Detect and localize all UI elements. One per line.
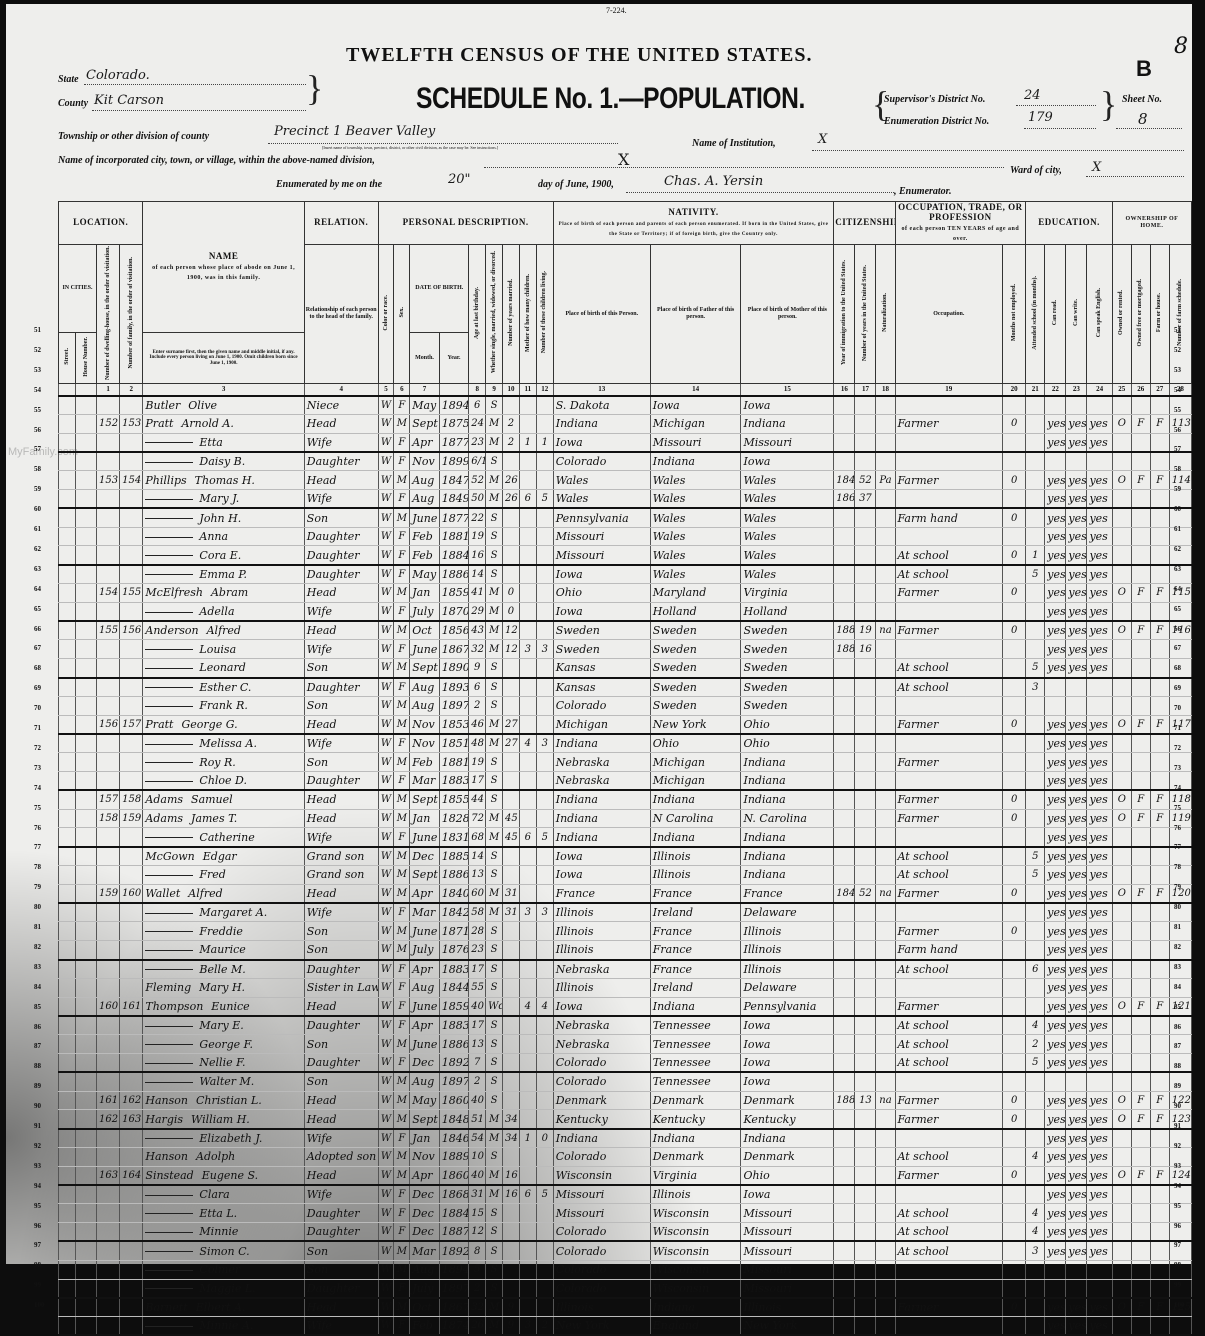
occupation: Farmer	[895, 1110, 1003, 1129]
farm-house	[1150, 602, 1169, 621]
line-number-left: 96	[34, 1222, 41, 1230]
marital-status: M	[486, 490, 503, 509]
color-race: W	[378, 508, 394, 527]
given-name: John H.	[199, 512, 241, 525]
birthplace-person: Colorado	[553, 1147, 650, 1166]
dwelling-number	[96, 696, 119, 715]
years-married: 12	[503, 640, 520, 659]
birthplace-person: Illinois	[553, 978, 650, 997]
sheet-number: 8	[1138, 110, 1148, 128]
mother-of-children	[519, 847, 536, 866]
age: 50	[469, 490, 486, 509]
school-months	[1026, 997, 1045, 1016]
supervisor-district: 24	[1024, 88, 1041, 103]
school-months: 5	[1026, 847, 1045, 866]
dwelling-number	[96, 941, 119, 960]
relation: Wife	[304, 1185, 378, 1204]
birthplace-person: Illinois	[553, 922, 650, 941]
owned-free	[1131, 847, 1150, 866]
years-in-us	[855, 753, 876, 772]
house-number-cell	[75, 490, 96, 509]
immigration-year	[834, 1129, 855, 1148]
line-number-left: 67	[34, 644, 41, 652]
occupation: At school	[895, 1241, 1003, 1260]
birth-year: 1848	[439, 1110, 469, 1129]
naturalization	[876, 790, 895, 809]
birthplace-person: Colorado	[553, 1241, 650, 1260]
line-number-left: 82	[34, 943, 41, 951]
school-months: 5	[1026, 866, 1045, 885]
street-cell	[59, 584, 76, 603]
immigration-year	[834, 1260, 855, 1279]
mother-of-children	[519, 715, 536, 734]
marital-status: M	[486, 1110, 503, 1129]
can-write: yes	[1066, 1035, 1087, 1054]
mother-of-children	[519, 753, 536, 772]
person-name: Roy R.	[143, 753, 304, 772]
months-unemployed	[1003, 1147, 1026, 1166]
can-write: yes	[1066, 471, 1087, 490]
ditto-dash	[145, 574, 193, 575]
age: 55	[469, 978, 486, 997]
owned-rented	[1112, 396, 1131, 415]
speaks-english: yes	[1087, 960, 1112, 979]
birth-year: 1893	[439, 678, 469, 697]
owned-rented	[1112, 452, 1131, 471]
family-number	[120, 1054, 143, 1073]
birth-year: 1884	[439, 1204, 469, 1223]
house-number-cell	[75, 1091, 96, 1110]
table-row: 162163HargisWilliam H.HeadWMSept184851M3…	[59, 1110, 1192, 1129]
birthplace-father: Tennessee	[650, 1016, 741, 1035]
given-name: Nellie F.	[199, 1056, 245, 1069]
family-number	[120, 1129, 143, 1148]
farm-house: F	[1150, 471, 1169, 490]
state-line	[84, 84, 306, 85]
birth-month: Nov	[410, 1147, 440, 1166]
table-row: ButlerOliveNieceWFMay18946SS. DakotaIowa…	[59, 396, 1192, 415]
header-citizenship: CITIZENSHIP.	[834, 202, 895, 245]
birth-month: Sept	[410, 659, 440, 678]
birth-month: Dec	[410, 847, 440, 866]
school-months	[1026, 1129, 1045, 1148]
person-name: McElfreshAbram	[143, 584, 304, 603]
farm-house	[1150, 1072, 1169, 1091]
birth-month: Mar	[410, 772, 440, 791]
house-number-cell	[75, 414, 96, 433]
line-number-left: 59	[34, 485, 41, 493]
birth-year: 1860	[439, 1166, 469, 1185]
enumerator-line	[626, 192, 894, 193]
can-write: yes	[1066, 602, 1087, 621]
children-living	[536, 621, 553, 640]
birth-year: 1867	[439, 640, 469, 659]
ditto-dash	[145, 499, 193, 500]
color-race: W	[378, 997, 394, 1016]
occupation: Farmer	[895, 584, 1003, 603]
farm-house	[1150, 847, 1169, 866]
owned-rented: O	[1112, 884, 1131, 903]
immigration-year	[834, 584, 855, 603]
birthplace-person: Sweden	[553, 640, 650, 659]
birth-month: Dec	[410, 1054, 440, 1073]
county-line	[92, 110, 306, 111]
column-number-row: 1234567891011121314151617181920212223242…	[59, 384, 1192, 396]
years-married	[503, 527, 520, 546]
table-row: Mary J.WifeWFAug184950M2665WalesWalesWal…	[59, 490, 1192, 509]
header-color: Color or race.	[378, 244, 394, 384]
table-row: 160161ThompsonEuniceHeadWFJune185940Wd44…	[59, 997, 1192, 1016]
header-owned-rented: Owned or rented.	[1112, 244, 1131, 384]
column-number: 25	[1112, 384, 1131, 396]
naturalization	[876, 1016, 895, 1035]
header-family: Number of family, in the order of visita…	[120, 244, 143, 384]
occupation: At school	[895, 1223, 1003, 1242]
birthplace-father: Wales	[650, 490, 741, 509]
line-number-right: 59	[1174, 485, 1181, 493]
months-unemployed	[1003, 828, 1026, 847]
birthplace-person: Indiana	[553, 809, 650, 828]
line-number-right: 54	[1174, 386, 1181, 394]
sex: M	[394, 414, 410, 433]
mother-of-children: 6	[519, 828, 536, 847]
marital-status: M	[486, 1185, 503, 1204]
column-number: 19	[895, 384, 1003, 396]
color-race: W	[378, 640, 394, 659]
color-race: W	[378, 884, 394, 903]
person-name: Elizabeth J.	[143, 1129, 304, 1148]
person-name: Nellie F.	[143, 1054, 304, 1073]
farm-house	[1150, 978, 1169, 997]
speaks-english: yes	[1087, 433, 1112, 452]
column-number: 24	[1087, 384, 1112, 396]
months-unemployed: 0	[1003, 584, 1026, 603]
months-unemployed: 0	[1003, 414, 1026, 433]
naturalization	[876, 809, 895, 828]
relation: Wife	[304, 828, 378, 847]
relation: Head	[304, 584, 378, 603]
person-name: Chloe D.	[143, 772, 304, 791]
birth-month: May	[410, 396, 440, 415]
speaks-english: yes	[1087, 1147, 1112, 1166]
years-in-us	[855, 584, 876, 603]
column-number	[59, 384, 76, 396]
naturalization	[876, 866, 895, 885]
children-living: 3	[536, 734, 553, 753]
relation: Son	[304, 941, 378, 960]
months-unemployed	[1003, 433, 1026, 452]
school-months	[1026, 1110, 1045, 1129]
birthplace-mother: Sweden	[741, 640, 834, 659]
children-living	[536, 1223, 553, 1242]
line-number-right: 82	[1174, 943, 1181, 951]
naturalization	[876, 1204, 895, 1223]
birthplace-father: Sweden	[650, 659, 741, 678]
farm-house: F	[1150, 715, 1169, 734]
line-number-right: 74	[1174, 784, 1181, 792]
birth-month: July	[410, 941, 440, 960]
line-number-left: 73	[34, 764, 41, 772]
naturalization: na	[876, 621, 895, 640]
table-row: Elizabeth J.WifeWFJan184654M3410IndianaI…	[59, 1129, 1192, 1148]
naturalization	[876, 1072, 895, 1091]
column-number: 20	[1003, 384, 1026, 396]
street-cell	[59, 809, 76, 828]
marital-status: S	[486, 1147, 503, 1166]
house-number-cell	[75, 715, 96, 734]
line-number-right: 51	[1174, 326, 1181, 334]
can-read: yes	[1045, 997, 1066, 1016]
line-number-right: 86	[1174, 1023, 1181, 1031]
years-in-us	[855, 922, 876, 941]
school-months	[1026, 1091, 1045, 1110]
birth-month: Feb	[410, 753, 440, 772]
sex: F	[394, 602, 410, 621]
children-living: 5	[536, 490, 553, 509]
owned-rented	[1112, 508, 1131, 527]
birthplace-father: Illinois	[650, 1185, 741, 1204]
owned-rented	[1112, 640, 1131, 659]
mother-of-children	[519, 1204, 536, 1223]
speaks-english: yes	[1087, 1129, 1112, 1148]
years-married: 45	[503, 828, 520, 847]
farm-house	[1150, 678, 1169, 697]
birthplace-person: Kansas	[553, 659, 650, 678]
relation: Niece	[304, 396, 378, 415]
person-name: AdamsSamuel	[143, 790, 304, 809]
years-in-us	[855, 602, 876, 621]
surname: Thompson	[145, 1000, 203, 1013]
birthplace-person: Indiana	[553, 414, 650, 433]
column-number: 17	[855, 384, 876, 396]
person-name: FlemingMary H.	[143, 978, 304, 997]
ditto-dash	[145, 1026, 193, 1027]
age: 41	[469, 584, 486, 603]
birthplace-person: Colorado	[553, 1223, 650, 1242]
farm-house	[1150, 903, 1169, 922]
house-number-cell	[75, 696, 96, 715]
ditto-dash	[145, 950, 193, 951]
owned-rented	[1112, 1260, 1131, 1279]
can-read: yes	[1045, 1016, 1066, 1035]
dwelling-number	[96, 640, 119, 659]
dwelling-number	[96, 1241, 119, 1260]
immigration-year	[834, 508, 855, 527]
can-read: yes	[1045, 884, 1066, 903]
birthplace-mother: Missouri	[741, 1260, 834, 1279]
months-unemployed	[1003, 1016, 1026, 1035]
birthplace-father: France	[650, 922, 741, 941]
school-months	[1026, 922, 1045, 941]
color-race: W	[378, 734, 394, 753]
relation: Head	[304, 809, 378, 828]
marital-status: S	[486, 866, 503, 885]
years-married: 34	[503, 1129, 520, 1148]
color-race: W	[378, 922, 394, 941]
can-write: yes	[1066, 978, 1087, 997]
header-date-of-birth: DATE OF BIRTH.	[410, 244, 469, 332]
birthplace-mother: Iowa	[741, 1185, 834, 1204]
line-number-right: 66	[1174, 625, 1181, 633]
color-race: W	[378, 621, 394, 640]
document-title: TWELFTH CENSUS OF THE UNITED STATES.	[346, 44, 813, 67]
dwelling-number	[96, 508, 119, 527]
can-write	[1066, 696, 1087, 715]
owned-free: F	[1131, 884, 1150, 903]
column-number: 1	[96, 384, 119, 396]
immigration-year	[834, 828, 855, 847]
township-note: [Insert name of township, town, precinct…	[322, 145, 498, 150]
years-in-us	[855, 997, 876, 1016]
house-number-cell	[75, 1166, 96, 1185]
naturalization: Pa	[876, 471, 895, 490]
column-number: 27	[1150, 384, 1169, 396]
immigration-year	[834, 1147, 855, 1166]
relation: Son	[304, 1241, 378, 1260]
marital-status: S	[486, 696, 503, 715]
sex: M	[394, 941, 410, 960]
birth-month: Jan	[410, 584, 440, 603]
owned-free	[1131, 1016, 1150, 1035]
birthplace-person: Indiana	[553, 1129, 650, 1148]
owned-free	[1131, 1147, 1150, 1166]
header-name-notes: Enter surname first, then the given name…	[143, 332, 304, 383]
naturalization	[876, 696, 895, 715]
months-unemployed	[1003, 1129, 1026, 1148]
school-months: 5	[1026, 659, 1045, 678]
line-number-right: 84	[1174, 983, 1181, 991]
months-unemployed	[1003, 1054, 1026, 1073]
line-number-left: 78	[34, 863, 41, 871]
birthplace-person: Colorado	[553, 696, 650, 715]
color-race: W	[378, 828, 394, 847]
dwelling-number: 153	[96, 471, 119, 490]
owned-free: F	[1131, 1166, 1150, 1185]
line-number-right: 96	[1174, 1222, 1181, 1230]
birthplace-mother: Delaware	[741, 903, 834, 922]
years-in-us	[855, 1147, 876, 1166]
birthplace-mother: Missouri	[741, 1223, 834, 1242]
brace: }	[306, 70, 323, 106]
owned-free	[1131, 678, 1150, 697]
can-write: yes	[1066, 1241, 1087, 1260]
age: 28	[469, 922, 486, 941]
given-name: Abram	[211, 586, 248, 599]
can-read: yes	[1045, 960, 1066, 979]
family-number	[120, 828, 143, 847]
given-name: Edgar	[203, 850, 237, 863]
brace-close: }	[1100, 86, 1117, 122]
occupation	[895, 452, 1003, 471]
line-number-left: 61	[34, 525, 41, 533]
sex: M	[394, 715, 410, 734]
birthplace-person: Colorado	[553, 1260, 650, 1279]
color-race: W	[378, 414, 394, 433]
years-in-us	[855, 903, 876, 922]
birthplace-mother: Indiana	[741, 414, 834, 433]
relation: Daughter	[304, 565, 378, 584]
age: 44	[469, 790, 486, 809]
birth-year: 1899	[439, 452, 469, 471]
column-number: 18	[876, 384, 895, 396]
immigration-year	[834, 1166, 855, 1185]
owned-rented	[1112, 1072, 1131, 1091]
age: 22	[469, 508, 486, 527]
ditto-dash	[145, 1063, 193, 1064]
marital-status: M	[486, 809, 503, 828]
months-unemployed	[1003, 960, 1026, 979]
years-in-us	[855, 1260, 876, 1279]
years-married: 31	[503, 903, 520, 922]
birth-year: 1889	[439, 1147, 469, 1166]
can-write: yes	[1066, 960, 1087, 979]
owned-rented	[1112, 847, 1131, 866]
owned-free	[1131, 1072, 1150, 1091]
given-name: Maggie L.	[199, 1282, 255, 1287]
naturalization	[876, 452, 895, 471]
farm-house	[1150, 1054, 1169, 1073]
mother-of-children	[519, 922, 536, 941]
birthplace-mother: Wales	[741, 546, 834, 565]
farm-house	[1150, 396, 1169, 415]
occupation	[895, 903, 1003, 922]
dwelling-number	[96, 1185, 119, 1204]
years-married	[503, 565, 520, 584]
line-number-left: 90	[34, 1102, 41, 1110]
table-row: CatherineWifeWFJune183168M4565IndianaInd…	[59, 828, 1192, 847]
naturalization	[876, 602, 895, 621]
speaks-english	[1087, 1260, 1112, 1279]
children-living	[536, 1110, 553, 1129]
can-read: yes	[1045, 1185, 1066, 1204]
birthplace-person: France	[553, 884, 650, 903]
birthplace-person: Iowa	[553, 602, 650, 621]
relation: Daughter	[304, 1016, 378, 1035]
can-read	[1045, 678, 1066, 697]
person-name: Minnie	[143, 1223, 304, 1242]
street-cell	[59, 903, 76, 922]
house-number-cell	[75, 678, 96, 697]
can-read: yes	[1045, 1166, 1066, 1185]
months-unemployed	[1003, 866, 1026, 885]
owned-rented	[1112, 1016, 1131, 1035]
table-row: AdellaWifeWFJuly187029M0IowaHollandHolla…	[59, 602, 1192, 621]
mother-of-children: 6	[519, 490, 536, 509]
relation: Wife	[304, 1129, 378, 1148]
sex: F	[394, 1223, 410, 1242]
relation: Grand son	[304, 847, 378, 866]
dwelling-number: 156	[96, 715, 119, 734]
marital-status: M	[486, 584, 503, 603]
dwelling-number	[96, 490, 119, 509]
months-unemployed	[1003, 1241, 1026, 1260]
occupation	[895, 1072, 1003, 1091]
header-birth-person: Place of birth of this Person.	[553, 244, 650, 384]
school-months	[1026, 602, 1045, 621]
owned-rented	[1112, 1223, 1131, 1242]
dwelling-number	[96, 772, 119, 791]
enumerated-label: Enumerated by me on the	[276, 179, 382, 190]
owned-rented: O	[1112, 715, 1131, 734]
line-number-right: 56	[1174, 426, 1181, 434]
line-number-left: 79	[34, 883, 41, 891]
relation: Head	[304, 715, 378, 734]
birthplace-mother: Holland	[741, 602, 834, 621]
months-unemployed	[1003, 659, 1026, 678]
marital-status: S	[486, 1035, 503, 1054]
owned-free	[1131, 960, 1150, 979]
house-number-cell	[75, 471, 96, 490]
